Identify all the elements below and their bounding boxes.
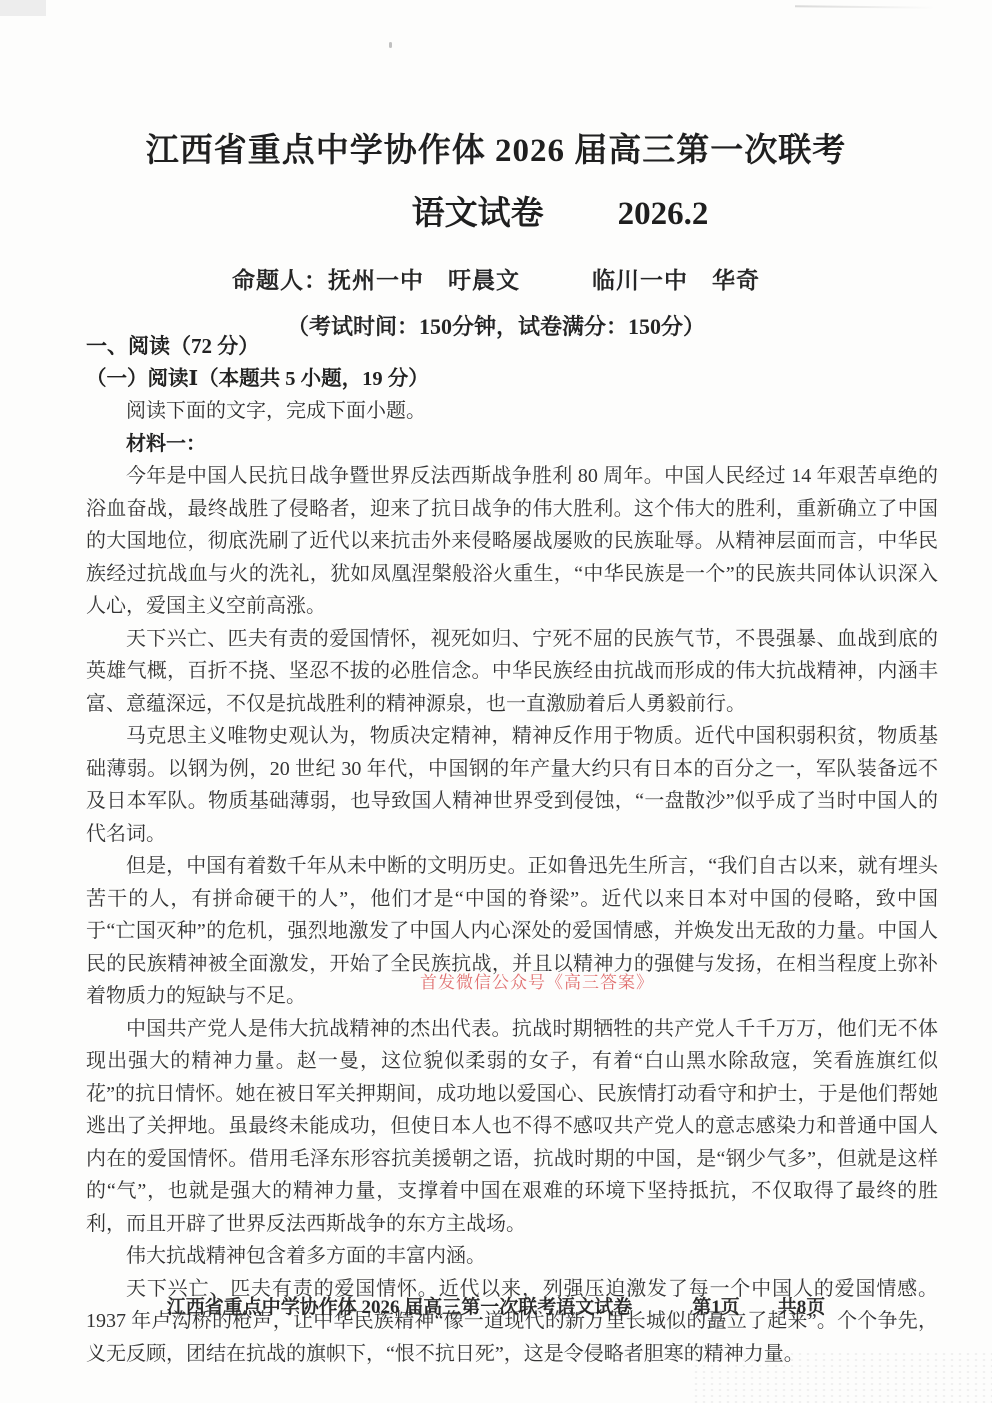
body-paragraph: 伟大抗战精神包含着多方面的丰富内涵。	[86, 1240, 938, 1273]
scan-speck	[389, 42, 392, 48]
material-paragraphs: 今年是中国人民抗日战争暨世界反法西斯战争胜利 80 周年。中国人民经过 14 年…	[86, 460, 938, 1370]
page-footer: 江西省重点中学协作体 2026 届高三第一次联考语文试卷 第1页 共8页	[0, 1292, 992, 1319]
body-paragraph: 但是，中国有着数千年从未中断的文明历史。正如鲁迅先生所言，“我们自古以来，就有埋…	[86, 850, 938, 1013]
exam-date: 2026.2	[618, 196, 709, 233]
subsection-heading-reading1: （一）阅读Ⅰ（本题共 5 小题，19 分）	[86, 363, 938, 396]
reading-instruction: 阅读下面的文字，完成下面小题。	[86, 395, 938, 428]
scan-corner-shade	[0, 0, 46, 16]
exam-title: 江西省重点中学协作体 2026 届高三第一次联考	[0, 124, 992, 171]
subject-line: 语文试卷 2026.2	[64, 187, 992, 234]
footer-doc-title: 江西省重点中学协作体 2026 届高三第一次联考语文试卷	[167, 1292, 633, 1319]
setters-line: 命题人：抚州一中 吁晨文 临川一中 华奇	[0, 262, 992, 295]
section-heading-reading: 一、阅读（72 分）	[86, 330, 938, 363]
body-paragraph: 天下兴亡、匹夫有责的爱国情怀，视死如归、宁死不屈的民族气节，不畏强暴、血战到底的…	[86, 623, 938, 721]
paper-header: 江西省重点中学协作体 2026 届高三第一次联考 语文试卷 2026.2 命题人…	[0, 124, 992, 341]
exam-paper-page: 江西省重点中学协作体 2026 届高三第一次联考 语文试卷 2026.2 命题人…	[0, 0, 992, 1403]
subject-title: 语文试卷	[412, 187, 544, 234]
paper-body: 一、阅读（72 分） （一）阅读Ⅰ（本题共 5 小题，19 分） 阅读下面的文字…	[86, 330, 938, 1370]
footer-page-number: 第1页	[692, 1292, 740, 1319]
footer-page-total: 共8页	[778, 1292, 826, 1319]
material-one-label: 材料一：	[86, 428, 938, 461]
body-paragraph: 马克思主义唯物史观认为，物质决定精神，精神反作用于物质。近代中国积弱积贫，物质基…	[86, 720, 938, 850]
body-paragraph: 中国共产党人是伟大抗战精神的杰出代表。抗战时期牺牲的共产党人千千万万，他们无不体…	[86, 1013, 938, 1241]
scan-smudge	[795, 5, 935, 8]
body-paragraph: 今年是中国人民抗日战争暨世界反法西斯战争胜利 80 周年。中国人民经过 14 年…	[86, 460, 938, 623]
body-paragraph: 天下兴亡、匹夫有责的爱国情怀。近代以来，列强压迫激发了每一个中国人的爱国情感。1…	[86, 1273, 938, 1371]
